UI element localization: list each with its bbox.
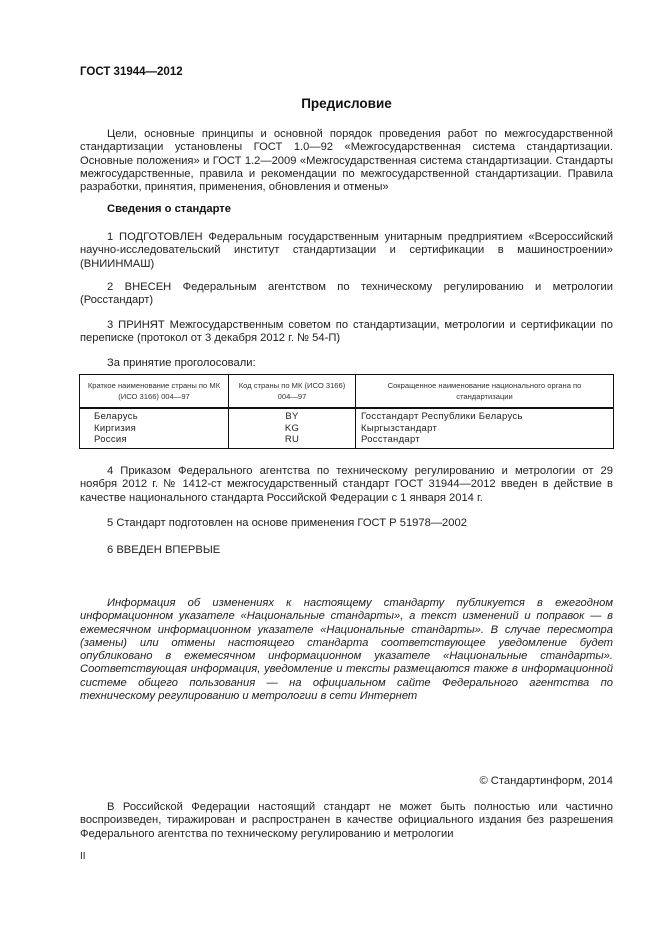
voted-label: За принятие проголосовали:	[80, 357, 613, 370]
item-2-text: 2 ВНЕСЕН Федеральным агентством по техни…	[80, 281, 613, 306]
table-header-code: Код страны по МК (ИСО 3166) 004—97	[229, 375, 356, 409]
item-5-text: 5 Стандарт подготовлен на основе примене…	[107, 517, 467, 529]
item-4: 4 Приказом Федерального агентства по тех…	[80, 465, 613, 505]
item-6-text: 6 ВВЕДЕН ВПЕРВЫЕ	[107, 544, 220, 556]
page-title: Предисловие	[80, 96, 613, 111]
table-header-body: Сокращенное наименование национального о…	[356, 375, 614, 409]
item-2: 2 ВНЕСЕН Федеральным агентством по техни…	[80, 281, 613, 308]
item-1-text: 1 ПОДГОТОВЛЕН Федеральным государственны…	[80, 231, 613, 270]
cell-body: Госстандарт Республики Беларусь	[356, 408, 614, 423]
info-notice: Информация об изменениях к настоящему ст…	[80, 597, 613, 703]
cell-code: RU	[229, 434, 356, 448]
cell-country: Беларусь	[80, 408, 229, 423]
info-notice-text: Информация об изменениях к настоящему ст…	[80, 597, 613, 702]
table-header-row: Краткое наименование страны по МК (ИСО 3…	[80, 375, 614, 409]
cell-code: BY	[229, 408, 356, 423]
cell-body: Кыргызстандарт	[356, 423, 614, 435]
cell-code: KG	[229, 423, 356, 435]
cell-country: Россия	[80, 434, 229, 448]
table-header-country: Краткое наименование страны по МК (ИСО 3…	[80, 375, 229, 409]
table-row: Киргизия KG Кыргызстандарт	[80, 423, 614, 435]
page-number: II	[80, 851, 86, 862]
item-3: 3 ПРИНЯТ Межгосударственным советом по с…	[80, 319, 613, 346]
item-5: 5 Стандарт подготовлен на основе примене…	[80, 517, 613, 530]
intro-paragraph: Цели, основные принципы и основной поряд…	[80, 128, 613, 194]
voting-table: Краткое наименование страны по МК (ИСО 3…	[79, 374, 614, 449]
table-row: Беларусь BY Госстандарт Республики Белар…	[80, 408, 614, 423]
item-6: 6 ВВЕДЕН ВПЕРВЫЕ	[80, 544, 613, 557]
table-row: Россия RU Росстандарт	[80, 434, 614, 448]
reproduction-notice-text: В Российской Федерации настоящий стандар…	[80, 801, 613, 840]
cell-country: Киргизия	[80, 423, 229, 435]
voted-label-text: За принятие проголосовали:	[107, 357, 256, 369]
reproduction-notice: В Российской Федерации настоящий стандар…	[80, 801, 613, 841]
item-4-text: 4 Приказом Федерального агентства по тех…	[80, 465, 613, 504]
item-3-text: 3 ПРИНЯТ Межгосударственным советом по с…	[80, 319, 613, 344]
document-code: ГОСТ 31944—2012	[80, 66, 183, 78]
item-1: 1 ПОДГОТОВЛЕН Федеральным государственны…	[80, 231, 613, 271]
copyright: © Стандартинформ, 2014	[479, 775, 613, 787]
cell-body: Росстандарт	[356, 434, 614, 448]
section-heading: Сведения о стандарте	[107, 203, 231, 215]
intro-paragraph-text: Цели, основные принципы и основной поряд…	[80, 128, 613, 193]
document-page: ГОСТ 31944—2012 Предисловие Цели, основн…	[0, 0, 661, 936]
